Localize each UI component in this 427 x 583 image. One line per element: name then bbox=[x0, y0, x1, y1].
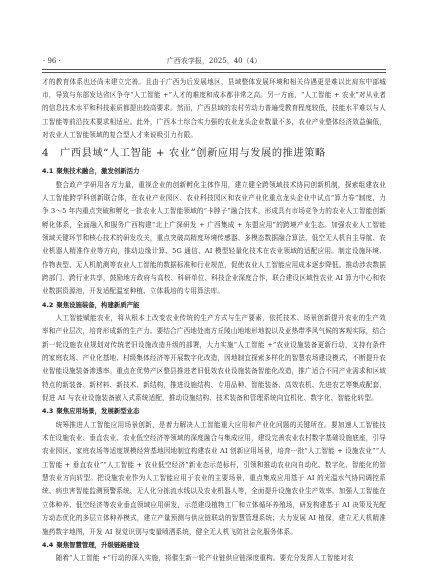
subsection-body-4-1: 整合政产学研用各方力量，重视企业的创新孵化主体作用，建立健全跨领域技术协同创新机… bbox=[42, 179, 386, 299]
subsection-title: 聚焦智慧管理，升级链路建设 bbox=[56, 541, 139, 549]
subsection-number: 4.2 bbox=[42, 301, 53, 309]
subsection-body-4-3: 统筹推进人工智能应用场景创新，是着力解决人工智能重大应用和产业化问题的关键所在。… bbox=[42, 419, 386, 539]
running-header: · 96 · 广西农学报，2025，40（4） bbox=[42, 55, 386, 67]
section-number: 4 bbox=[42, 146, 60, 162]
subsection-title: 聚焦技术融合，激发创新活力 bbox=[56, 167, 139, 175]
section-heading: 4广西县域“人工智能 + 农业”创新应用与发展的推进策略 bbox=[42, 146, 386, 162]
subsection-heading-4-4: 4.4聚焦智慧管理，升级链路建设 bbox=[42, 539, 386, 552]
section-title: 广西县域“人工智能 + 农业”创新应用与发展的推进策略 bbox=[60, 148, 326, 159]
subsection-heading-4-1: 4.1聚焦技术融合，激发创新活力 bbox=[42, 165, 386, 178]
journal-page: · 96 · 广西农学报，2025，40（4） 才的教育体系也还尚未建立完善。且… bbox=[42, 55, 386, 566]
journal-citation: 广西农学报，2025，40（4） bbox=[42, 55, 386, 67]
subsection-number: 4.1 bbox=[42, 167, 53, 175]
subsection-heading-4-3: 4.3聚焦应用场景，发展新型业态 bbox=[42, 405, 386, 418]
subsection-number: 4.4 bbox=[42, 541, 53, 549]
subsection-heading-4-2: 4.2聚焦设施装备，构建新质产能 bbox=[42, 299, 386, 312]
subsection-body-4-2: 人工智能赋能农业，将从根本上改变农业传统的生产方式与生产要素，依托技术、场景创新… bbox=[42, 312, 386, 405]
header-double-rule bbox=[42, 69, 386, 73]
subsection-title: 聚焦应用场景，发展新型业态 bbox=[56, 407, 139, 415]
subsection-body-4-4: 随着“人工智能 +”行动的深入实施，将催生新一轮产业链供应链深度重构。要充分发挥… bbox=[42, 552, 386, 565]
subsection-number: 4.3 bbox=[42, 407, 53, 415]
subsection-title: 聚焦设施装备，构建新质产能 bbox=[56, 301, 139, 309]
intro-paragraph: 才的教育体系也还尚未建立完善。且由于广西为后发展地区，县域整体发展环境和相关待遇… bbox=[42, 76, 386, 143]
